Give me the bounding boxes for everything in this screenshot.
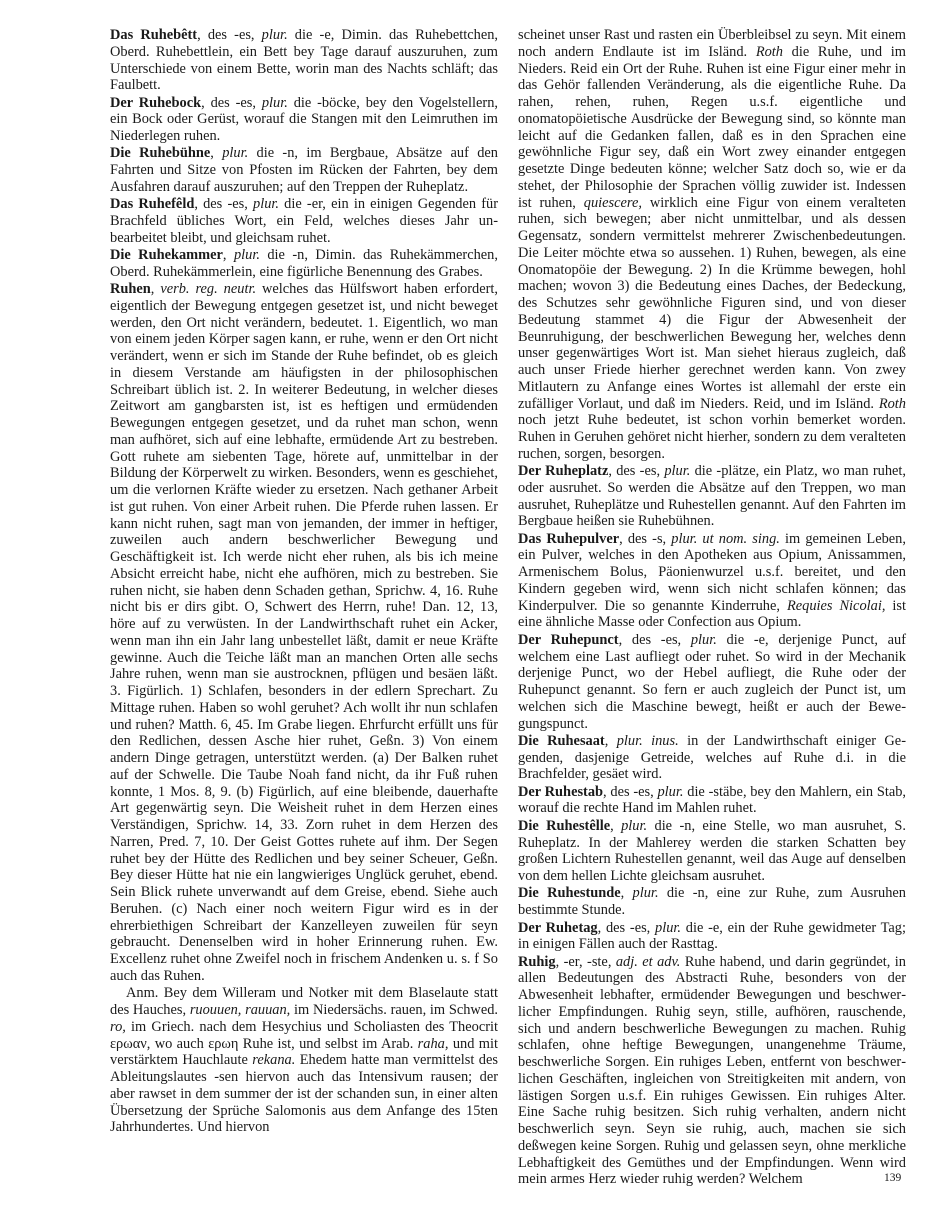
headword: Die Ruhebühne xyxy=(110,145,210,161)
right-column: scheinet unser Rast und rasten ein Überb… xyxy=(518,27,906,1189)
dictionary-entry-ruhestunde: Die Ruhestunde, plur. die -n, eine zur R… xyxy=(518,885,906,919)
entry-text: , -er, -ste, xyxy=(556,954,616,970)
entry-text: welches das Hülfswort haben erfordert, e… xyxy=(110,281,498,984)
grammar-note: plur. xyxy=(234,247,260,263)
dictionary-entry-ruhestab: Der Ruhestab, des -es, plur. die -stäbe,… xyxy=(518,784,906,818)
dictionary-entry-ruhepulver: Das Ruhepulver, des -s, plur. ut nom. si… xyxy=(518,531,906,632)
grammar-note: plur. xyxy=(691,632,717,648)
grammar-note: plur. xyxy=(664,463,690,479)
dictionary-entry-ruhefeld: Das Ruhefêld, des -es, plur. die -er, ei… xyxy=(110,196,498,246)
grammar-note: plur. inus. xyxy=(617,733,679,749)
entry-text: , des -es, xyxy=(598,920,655,936)
entry-text: , xyxy=(223,247,234,263)
grammar-note: Requies Nicolai, xyxy=(787,598,885,614)
dictionary-entry-ruhetag: Der Ruhetag, des -es, plur. die -e, ein … xyxy=(518,920,906,954)
headword: Die Ruhestêlle xyxy=(518,818,610,834)
entry-text: , xyxy=(210,145,222,161)
headword: Der Ruhepunct xyxy=(518,632,619,648)
headword: Die Ruhesaat xyxy=(518,733,605,749)
headword: Das Ruhebêtt xyxy=(110,27,197,43)
grammar-note: plur. xyxy=(262,27,288,43)
entry-text: , des -es, xyxy=(194,196,253,212)
entry-text: Ruhe habend, und darin gegründet, in all… xyxy=(518,954,906,1188)
dictionary-entry-ruhebett: Das Ruhebêtt, des -es, plur. die -e, Dim… xyxy=(110,27,498,94)
grammar-note: plur. xyxy=(621,818,647,834)
grammar-note: adj. et adv. xyxy=(616,954,681,970)
headword: Das Ruhepulver xyxy=(518,531,619,547)
grammar-note: ro, xyxy=(110,1019,126,1035)
grammar-note: plur. xyxy=(262,95,288,111)
dictionary-entry-ruheplatz: Der Ruheplatz, des -es, plur. die -plätz… xyxy=(518,463,906,530)
page-number: 139 xyxy=(884,1172,901,1184)
headword: Der Ruhetag xyxy=(518,920,598,936)
grammar-note: plur. ut nom. sing. xyxy=(671,531,780,547)
dictionary-entry-ruhestelle: Die Ruhestêlle, plur. die -n, eine Stell… xyxy=(518,818,906,885)
headword: Der Ruheplatz xyxy=(518,463,608,479)
entry-text: , xyxy=(605,733,617,749)
grammar-note: raha, xyxy=(418,1036,449,1052)
headword: Ruhen xyxy=(110,281,151,297)
entry-text: , des -es, xyxy=(619,632,691,648)
headword: Die Ruhekammer xyxy=(110,247,223,263)
grammar-note: rekana. xyxy=(252,1052,295,1068)
grammar-note: Roth xyxy=(879,396,906,412)
dictionary-page: Das Ruhebêtt, des -es, plur. die -e, Dim… xyxy=(0,0,935,1210)
dictionary-entry-ruhen-anm: Anm. Bey dem Willeram und Notker mit dem… xyxy=(110,985,498,1136)
grammar-note: plur. xyxy=(655,920,681,936)
entry-text: , des -es, xyxy=(197,27,262,43)
entry-text: , xyxy=(151,281,161,297)
grammar-note: plur. xyxy=(657,784,683,800)
headword: Das Ruhefêld xyxy=(110,196,194,212)
entry-text: , des -es, xyxy=(608,463,664,479)
headword: Ruhig xyxy=(518,954,556,970)
grammar-note: Roth xyxy=(756,44,783,60)
grammar-note: plur. xyxy=(633,885,659,901)
entry-text: die Ruhe, und im Nieders. Reid ein Ort d… xyxy=(518,44,906,211)
grammar-note: verb. reg. neutr. xyxy=(160,281,256,297)
left-column: Das Ruhebêtt, des -es, plur. die -e, Dim… xyxy=(110,27,498,1137)
entry-text: , des -es, xyxy=(603,784,657,800)
headword: Der Ruhebock xyxy=(110,95,201,111)
dictionary-entry-ruhen: Ruhen, verb. reg. neutr. welches das Hül… xyxy=(110,281,498,985)
dictionary-entry-ruhen-anm-cont: scheinet unser Rast und rasten ein Überb… xyxy=(518,27,906,463)
entry-text: , xyxy=(621,885,633,901)
headword: Die Ruhestunde xyxy=(518,885,621,901)
entry-text: wirklich eine Figur von einem veralteten… xyxy=(518,195,906,412)
dictionary-entry-ruhig: Ruhig, -er, -ste, adj. et adv. Ruhe habe… xyxy=(518,954,906,1189)
entry-text: , xyxy=(610,818,621,834)
grammar-note: plur. xyxy=(253,196,279,212)
grammar-note: plur. xyxy=(222,145,248,161)
dictionary-entry-ruhesaat: Die Ruhesaat, plur. inus. in der Landwir… xyxy=(518,733,906,783)
entry-text: noch jetzt Ruhe bedeutet, ist schon vorh… xyxy=(518,412,906,462)
headword: Der Ruhestab xyxy=(518,784,603,800)
entry-text: , des -es, xyxy=(201,95,262,111)
dictionary-entry-ruhebuehne: Die Ruhebühne, plur. die -n, im Bergbaue… xyxy=(110,145,498,195)
entry-text: im Niedersächs. rauen, im Schwed. xyxy=(290,1002,498,1018)
entry-text: , des -s, xyxy=(619,531,671,547)
dictionary-entry-ruhekammer: Die Ruhekammer, plur. die -n, Dimin. das… xyxy=(110,247,498,281)
grammar-note: quiescere, xyxy=(584,195,642,211)
dictionary-entry-ruhebock: Der Ruhebock, des -es, plur. die -böcke,… xyxy=(110,95,498,145)
dictionary-entry-ruhepunct: Der Ruhepunct, des -es, plur. die -e, de… xyxy=(518,632,906,733)
grammar-note: ruouuen, rauuan, xyxy=(190,1002,290,1018)
